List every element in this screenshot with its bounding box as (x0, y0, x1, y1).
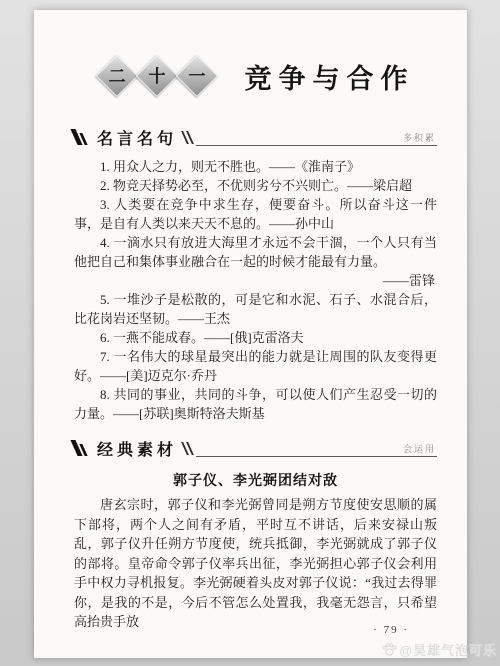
quote-item: 5. 一堆沙子是松散的，可是它和水泥、石子、水混合后，比花岗岩还坚韧。——王杰 (74, 290, 437, 328)
chapter-number-char: 十 (148, 68, 165, 85)
watermark: @昊雄气泡可乐 (382, 640, 497, 659)
chapter-number: 二 十 一 (97, 55, 217, 97)
quote-attribution: ——雷锋 (74, 271, 437, 290)
double-slash-icon (74, 440, 88, 456)
scanned-book-page: 二 十 一 竞争与合作 名言名句 多积累 1. 用众人之力，则无不胜也。——《淮… (0, 0, 500, 666)
quote-item: 7. 一名伟大的球星最突出的能力就是让周围的队友变得更好。——[美]迈克尔·乔丹 (74, 347, 437, 385)
quote-item: 8. 共同的事业，共同的斗争，可以使人们产生忍受一切的力量。——[苏联]奥斯特洛… (74, 385, 437, 423)
double-slash-icon (184, 131, 194, 144)
section-heading-classic-material: 经典素材 会运用 (74, 437, 437, 459)
chapter-number-diamond: 一 (175, 55, 217, 97)
double-slash-icon (74, 129, 88, 145)
story-title: 郭子仪、李光弼团结对敌 (74, 470, 437, 490)
section-title: 经典素材 (97, 437, 177, 460)
chapter-number-char: 二 (108, 68, 125, 85)
section-rule-line: 多积累 (196, 128, 437, 146)
section-corner-tag: 多积累 (403, 131, 436, 144)
double-slash-icon (184, 442, 194, 455)
quotes-list: 1. 用众人之力，则无不胜也。——《淮南子》 2. 物竞天择势必至，不优则劣兮不… (74, 157, 437, 423)
page-paper: 二 十 一 竞争与合作 名言名句 多积累 1. 用众人之力，则无不胜也。——《淮… (34, 10, 467, 658)
section-corner-tag: 会运用 (403, 442, 436, 455)
quote-item: 6. 一燕不能成春。——[俄]克雷洛夫 (74, 328, 437, 347)
chapter-header: 二 十 一 竞争与合作 (74, 50, 437, 102)
chapter-number-diamond: 二 (95, 55, 137, 97)
section-rule-line: 会运用 (196, 439, 437, 457)
chapter-number-char: 一 (188, 68, 205, 85)
page-number: · 79 · (373, 624, 409, 636)
section-heading-famous-quotes: 名言名句 多积累 (74, 126, 437, 148)
story-paragraph: 唐玄宗时，郭子仪和李光弼曾同是朔方节度使安思顺的属下部将，两个人之间有矛盾，平时… (74, 495, 437, 632)
chapter-number-diamond: 十 (135, 55, 177, 97)
quote-item: 2. 物竞天择势必至，不优则劣兮不兴则亡。——梁启超 (74, 176, 437, 195)
quote-item: 3. 人类要在竞争中求生存，便要奋斗。所以奋斗这一件事，是自有人类以来天天不息的… (74, 195, 437, 233)
quote-item: 4. 一滴水只有放进大海里才永远不会干涸，一个人只有当他把自己和集体事业融合在一… (74, 233, 437, 271)
watermark-text: @昊雄气泡可乐 (399, 640, 497, 659)
section-title: 名言名句 (97, 126, 177, 149)
chapter-title: 竞争与合作 (245, 57, 415, 96)
paw-icon (382, 642, 397, 657)
quote-item: 1. 用众人之力，则无不胜也。——《淮南子》 (74, 157, 437, 176)
